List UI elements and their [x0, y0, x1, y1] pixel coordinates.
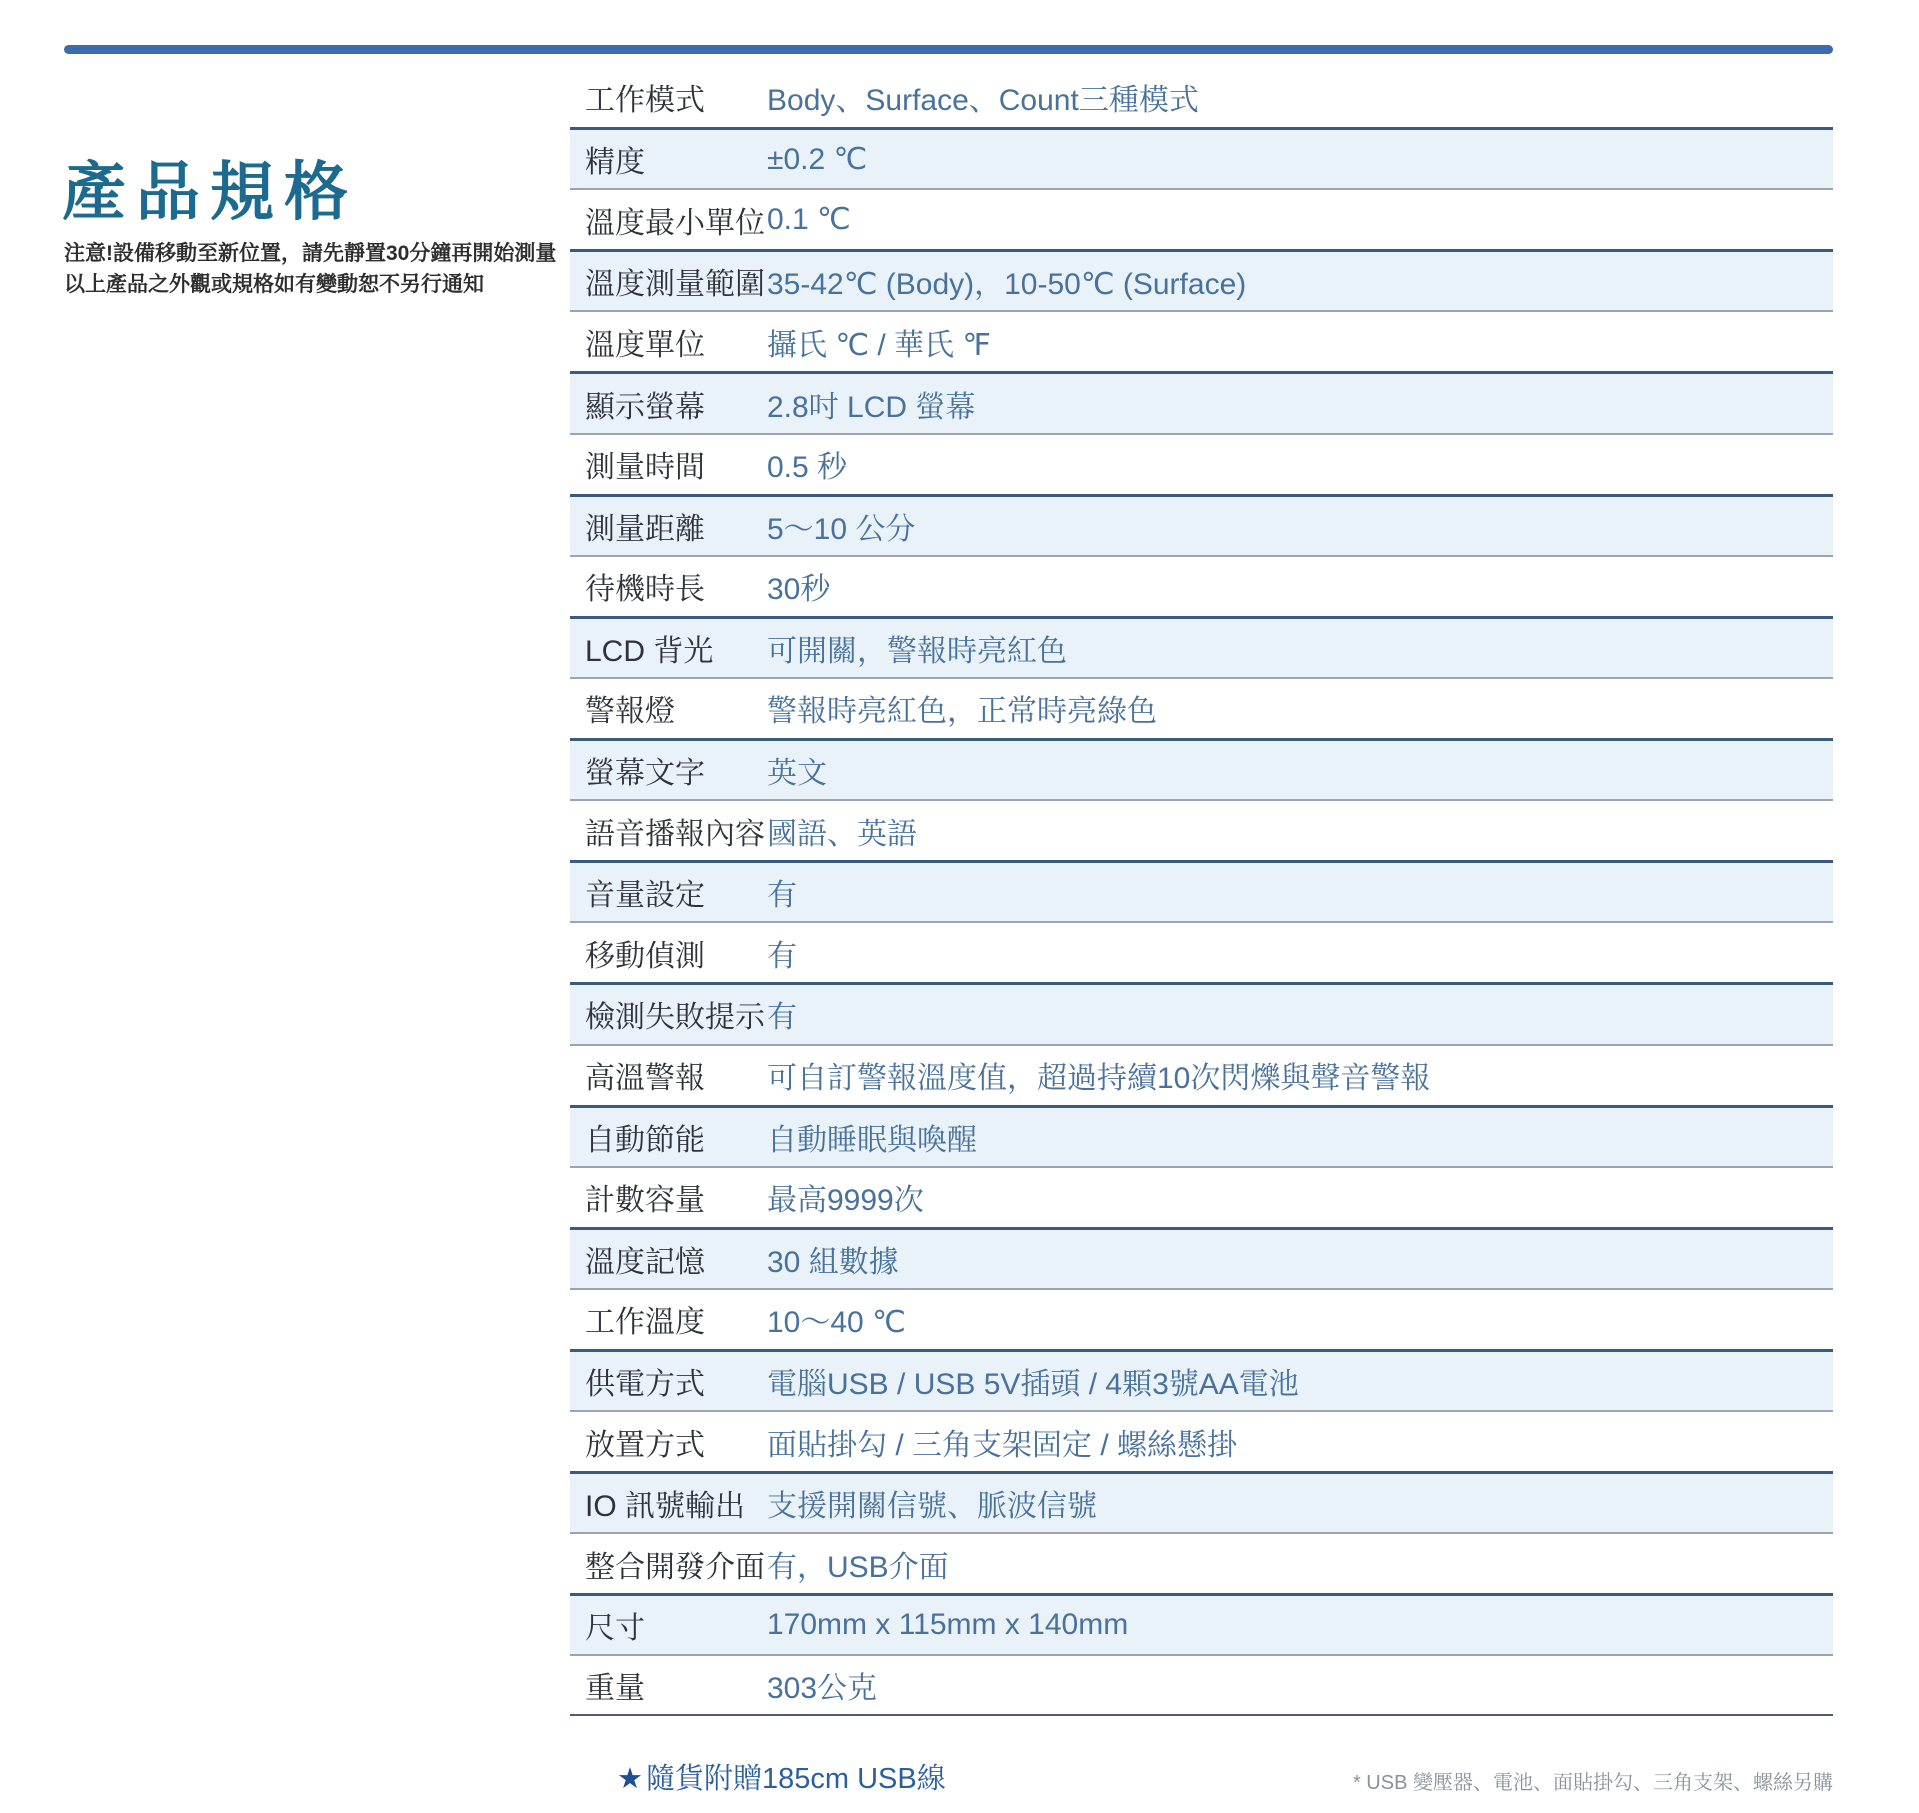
table-row: 放置方式面貼掛勾 / 三角支架固定 / 螺絲懸掛	[570, 1410, 1833, 1471]
spec-value: 0.5 秒	[767, 442, 1833, 486]
spec-value: 有	[767, 870, 1833, 914]
spec-label: 警報燈	[570, 686, 767, 730]
spec-label: 供電方式	[570, 1359, 767, 1403]
spec-label: 檢測失敗提示	[570, 992, 767, 1036]
table-row: 工作溫度10～40 ℃	[570, 1288, 1833, 1349]
spec-label: 溫度記憶	[570, 1237, 767, 1281]
spec-value: 170mm x 115mm x 140mm	[767, 1608, 1833, 1642]
spec-label: 測量距離	[570, 504, 767, 548]
table-row: 待機時長30秒	[570, 555, 1833, 616]
table-row: 工作模式Body、Surface、Count三種模式	[570, 66, 1833, 127]
spec-notes: 注意!設備移動至新位置，請先靜置30分鐘再開始測量 以上產品之外觀或規格如有變動…	[64, 238, 556, 300]
note-line-1: 注意!設備移動至新位置，請先靜置30分鐘再開始測量	[64, 238, 556, 269]
gift-note-text: 隨貨附贈185cm USB線	[646, 1763, 946, 1795]
spec-label: IO 訊號輸出	[570, 1481, 767, 1525]
table-row: LCD 背光可開關，警報時亮紅色	[570, 616, 1833, 677]
spec-label: 移動偵測	[570, 931, 767, 975]
spec-label: 待機時長	[570, 564, 767, 608]
spec-value: 10～40 ℃	[767, 1297, 1833, 1341]
spec-label: 語音播報內容	[570, 809, 767, 853]
spec-value: 面貼掛勾 / 三角支架固定 / 螺絲懸掛	[767, 1420, 1833, 1464]
table-row: 尺寸170mm x 115mm x 140mm	[570, 1593, 1833, 1654]
spec-value: 電腦USB / USB 5V插頭 / 4顆3號AA電池	[767, 1359, 1833, 1403]
spec-label: 計數容量	[570, 1175, 767, 1219]
spec-value: 可自訂警報溫度值，超過持續10次閃爍與聲音警報	[767, 1053, 1833, 1097]
table-row: 測量時間0.5 秒	[570, 433, 1833, 494]
spec-label: 螢幕文字	[570, 748, 767, 792]
product-spec-page: 產品規格 注意!設備移動至新位置，請先靜置30分鐘再開始測量 以上產品之外觀或規…	[0, 0, 1919, 1813]
spec-value: 最高9999次	[767, 1175, 1833, 1219]
accessories-note: * USB 變壓器、電池、面貼掛勾、三角支架、螺絲另購	[1353, 1766, 1833, 1795]
spec-label: 重量	[570, 1663, 767, 1707]
table-row: 精度±0.2 ℃	[570, 127, 1833, 188]
spec-value: 可開關，警報時亮紅色	[767, 626, 1833, 670]
spec-value: 有，USB介面	[767, 1542, 1833, 1586]
spec-value: 有	[767, 931, 1833, 975]
spec-label: 尺寸	[570, 1603, 767, 1647]
table-row: 供電方式電腦USB / USB 5V插頭 / 4顆3號AA電池	[570, 1349, 1833, 1410]
spec-label: 整合開發介面	[570, 1542, 767, 1586]
table-row: 溫度記憶30 組數據	[570, 1227, 1833, 1288]
gift-note: ★隨貨附贈185cm USB線	[617, 1756, 946, 1797]
table-row: 溫度測量範圍35-42℃ (Body)，10-50℃ (Surface)	[570, 249, 1833, 310]
spec-label: 溫度最小單位	[570, 198, 767, 242]
spec-label: 音量設定	[570, 870, 767, 914]
spec-value: Body、Surface、Count三種模式	[767, 75, 1833, 119]
spec-label: 高溫警報	[570, 1053, 767, 1097]
spec-label: 顯示螢幕	[570, 382, 767, 426]
spec-table: 工作模式Body、Surface、Count三種模式精度±0.2 ℃溫度最小單位…	[570, 66, 1833, 1716]
spec-label: LCD 背光	[570, 626, 767, 670]
spec-value: 支援開關信號、脈波信號	[767, 1481, 1833, 1525]
spec-value: 警報時亮紅色，正常時亮綠色	[767, 686, 1833, 730]
table-row: 高溫警報可自訂警報溫度值，超過持續10次閃爍與聲音警報	[570, 1044, 1833, 1105]
spec-value: 30 組數據	[767, 1237, 1833, 1281]
spec-value: 國語、英語	[767, 809, 1833, 853]
spec-value: 0.1 ℃	[767, 202, 1833, 237]
spec-label: 工作溫度	[570, 1297, 767, 1341]
spec-value: 攝氏 ℃ / 華氏 ℉	[767, 320, 1833, 364]
spec-value: ±0.2 ℃	[767, 142, 1833, 177]
table-row: 整合開發介面有，USB介面	[570, 1532, 1833, 1593]
table-row: 自動節能自動睡眠與喚醒	[570, 1105, 1833, 1166]
spec-label: 測量時間	[570, 442, 767, 486]
spec-label: 工作模式	[570, 75, 767, 119]
spec-label: 放置方式	[570, 1420, 767, 1464]
star-icon: ★	[617, 1763, 643, 1795]
spec-value: 英文	[767, 748, 1833, 792]
page-title: 產品規格	[62, 141, 358, 233]
table-row: 重量303公克	[570, 1654, 1833, 1715]
spec-value: 2.8吋 LCD 螢幕	[767, 382, 1833, 426]
top-accent-bar	[64, 45, 1833, 54]
table-row: 警報燈警報時亮紅色，正常時亮綠色	[570, 677, 1833, 738]
table-row: 溫度單位攝氏 ℃ / 華氏 ℉	[570, 310, 1833, 371]
table-row: 計數容量最高9999次	[570, 1166, 1833, 1227]
spec-value: 有	[767, 992, 1833, 1036]
table-row: 音量設定有	[570, 860, 1833, 921]
table-row: 螢幕文字英文	[570, 738, 1833, 799]
table-row: 移動偵測有	[570, 921, 1833, 982]
spec-label: 溫度單位	[570, 320, 767, 364]
spec-value: 35-42℃ (Body)，10-50℃ (Surface)	[767, 259, 1833, 303]
spec-value: 303公克	[767, 1663, 1833, 1707]
table-row: 語音播報內容國語、英語	[570, 799, 1833, 860]
spec-label: 溫度測量範圍	[570, 259, 767, 303]
table-row: 測量距離5～10 公分	[570, 494, 1833, 555]
table-row: IO 訊號輸出支援開關信號、脈波信號	[570, 1471, 1833, 1532]
spec-value: 自動睡眠與喚醒	[767, 1115, 1833, 1159]
spec-label: 自動節能	[570, 1115, 767, 1159]
table-row: 顯示螢幕2.8吋 LCD 螢幕	[570, 371, 1833, 432]
table-row: 檢測失敗提示有	[570, 982, 1833, 1043]
spec-value: 30秒	[767, 564, 1833, 608]
spec-label: 精度	[570, 137, 767, 181]
spec-value: 5～10 公分	[767, 504, 1833, 548]
note-line-2: 以上產品之外觀或規格如有變動恕不另行通知	[64, 269, 556, 300]
table-row: 溫度最小單位0.1 ℃	[570, 188, 1833, 249]
